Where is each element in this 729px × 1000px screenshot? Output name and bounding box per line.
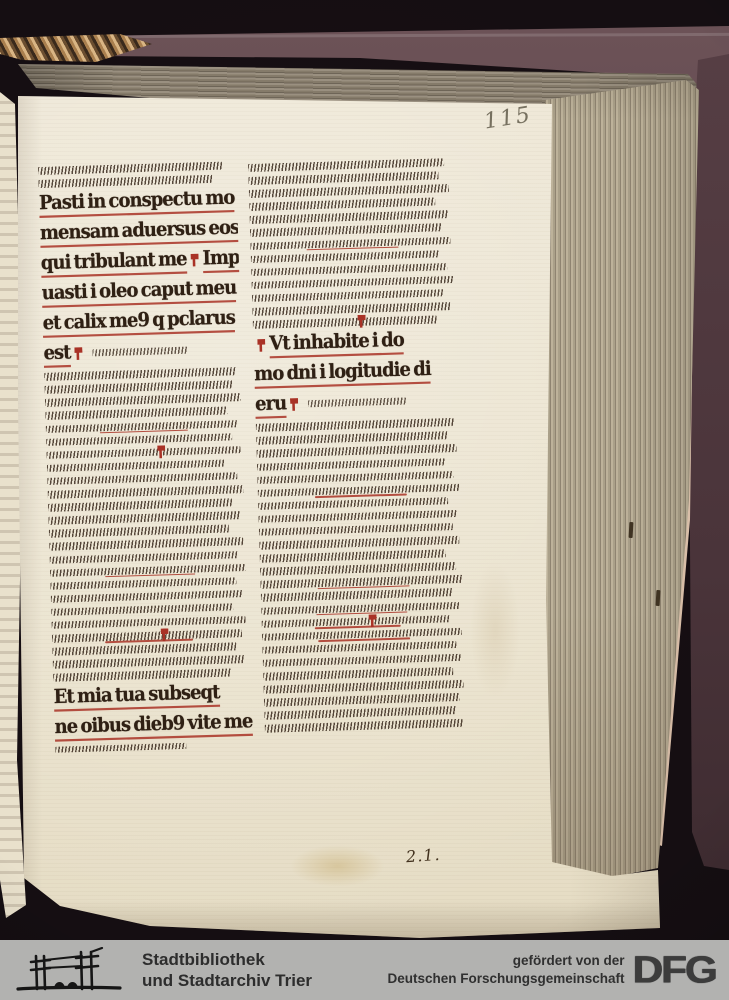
rubric-display-line: mo dni i logitudie di bbox=[254, 358, 459, 388]
script-line bbox=[250, 210, 448, 223]
script-line bbox=[251, 250, 439, 263]
script-line bbox=[263, 667, 453, 680]
script-line bbox=[48, 499, 232, 512]
script-line bbox=[258, 497, 448, 510]
script-line bbox=[51, 590, 243, 603]
script-line bbox=[51, 616, 245, 629]
rubric-underline bbox=[317, 585, 410, 589]
script-line bbox=[38, 175, 212, 188]
quire-mark: 2.1. bbox=[405, 845, 441, 866]
script-line bbox=[249, 198, 435, 211]
script-line bbox=[264, 706, 456, 719]
script-line bbox=[53, 655, 245, 668]
library-name-line1: Stadtbibliothek bbox=[142, 949, 312, 970]
script-line bbox=[50, 577, 236, 590]
rubric-display-line: Et mia tua subseqt bbox=[53, 681, 252, 711]
rubric-underline bbox=[105, 639, 192, 643]
library-name-line2: und Stadtarchiv Trier bbox=[142, 970, 312, 991]
rubric-underline bbox=[314, 493, 407, 497]
script-line bbox=[259, 536, 459, 549]
script-line bbox=[251, 263, 447, 276]
script-line bbox=[258, 510, 456, 523]
rubric-display-text: mo dni i logitudie di bbox=[254, 358, 431, 389]
script-line bbox=[257, 458, 445, 471]
script-line bbox=[264, 693, 460, 706]
script-line bbox=[250, 224, 442, 237]
rubric-display-text: mensam aduersus eos bbox=[40, 216, 240, 248]
rubric-display-line: et calix me9 q pclarus bbox=[42, 307, 241, 337]
rubric-display-line: Vt inhabite i do bbox=[253, 328, 458, 358]
rubric-paragraph-mark bbox=[290, 398, 298, 411]
script-line bbox=[49, 525, 229, 538]
script-line bbox=[50, 551, 238, 564]
script-line bbox=[261, 589, 453, 602]
text-column-right: Vt inhabite i domo dni i logitudie dieru bbox=[248, 158, 469, 748]
page-stain bbox=[290, 845, 385, 887]
dfg-logo: DFG bbox=[632, 949, 715, 992]
rubric-paragraph-mark bbox=[357, 315, 365, 328]
funding-credit: gefördert von der Deutschen Forschungsge… bbox=[388, 952, 625, 987]
digitized-manuscript-scan: 115 Pasti in conspectu momensam aduersus… bbox=[0, 0, 729, 1000]
rubric-display-text: qui tribulant me bbox=[41, 248, 187, 278]
rubric-paragraph-mark bbox=[157, 445, 165, 458]
script-line bbox=[256, 444, 456, 457]
rubric-display-line: Pasti in conspectu mo bbox=[39, 187, 238, 217]
script-line bbox=[52, 629, 242, 642]
script-line bbox=[265, 719, 463, 732]
script-line bbox=[47, 459, 225, 472]
rubric-underline bbox=[105, 574, 195, 578]
page-stain bbox=[470, 560, 520, 700]
rubric-paragraph-mark bbox=[257, 339, 265, 352]
script-line bbox=[48, 511, 240, 524]
script-line bbox=[249, 184, 449, 197]
script-line bbox=[45, 381, 233, 394]
script-line bbox=[46, 420, 238, 433]
rubric-underline bbox=[318, 638, 410, 642]
footer-banner: Stadtbibliothek und Stadtarchiv Trier ge… bbox=[0, 940, 729, 1000]
rubric-display-text: eru bbox=[255, 392, 287, 419]
fore-edge-tab-slit bbox=[656, 590, 661, 606]
script-line bbox=[45, 393, 241, 406]
rubric-display-line: ne oibus dieb9 vite me bbox=[54, 711, 253, 741]
rubric-underline bbox=[314, 625, 400, 629]
script-line bbox=[261, 601, 459, 614]
script-line bbox=[263, 654, 461, 667]
script-line bbox=[251, 276, 453, 289]
script-line bbox=[248, 171, 438, 184]
script-line bbox=[256, 432, 448, 445]
script-line bbox=[46, 433, 232, 446]
script-line bbox=[51, 603, 233, 616]
script-line bbox=[262, 628, 462, 641]
script-line bbox=[53, 669, 231, 682]
script-line bbox=[50, 564, 246, 577]
script-line bbox=[262, 615, 450, 628]
rubric-display-text: est bbox=[43, 341, 71, 368]
rubric-display-line: est bbox=[43, 337, 242, 367]
rubric-underline bbox=[317, 611, 408, 615]
script-line bbox=[263, 680, 463, 693]
script-line bbox=[44, 367, 236, 380]
script-line bbox=[52, 642, 236, 655]
script-line bbox=[257, 471, 453, 484]
funding-line1: gefördert von der bbox=[388, 952, 625, 970]
script-line bbox=[45, 407, 227, 420]
rubric-underline bbox=[307, 247, 399, 251]
script-line bbox=[48, 485, 244, 498]
script-line bbox=[260, 562, 456, 575]
script-line bbox=[250, 237, 450, 250]
script-line bbox=[49, 537, 243, 550]
script-line bbox=[259, 523, 453, 536]
script-line bbox=[258, 484, 460, 497]
script-line bbox=[260, 549, 446, 562]
script-line bbox=[256, 418, 454, 431]
rubric-display-text: Et mia tua subseqt bbox=[53, 681, 219, 712]
rubric-display-text: et calix me9 q pclarus bbox=[42, 306, 235, 338]
rubric-paragraph-mark bbox=[190, 254, 198, 267]
script-line bbox=[308, 398, 406, 408]
script-line bbox=[253, 316, 437, 329]
rubric-display-line: uasti i oleo caput meu bbox=[41, 277, 240, 307]
script-line bbox=[262, 641, 456, 654]
rubric-display-line: qui tribulant me Impig bbox=[41, 247, 240, 277]
rubric-underline bbox=[100, 430, 188, 434]
script-line bbox=[260, 575, 462, 588]
rubric-display-text: ne oibus dieb9 vite me bbox=[54, 710, 252, 742]
script-line bbox=[46, 446, 240, 459]
manuscript-photo: 115 Pasti in conspectu momensam aduersus… bbox=[0, 0, 729, 940]
text-column-left: Pasti in conspectu momensam aduersus eos… bbox=[38, 161, 253, 753]
rubric-display-text: uasti i oleo caput meu bbox=[41, 276, 236, 308]
rubric-display-line: eru bbox=[255, 388, 460, 418]
rubric-display-line: mensam aduersus eos bbox=[40, 217, 239, 247]
porta-nigra-logo-icon bbox=[16, 947, 122, 993]
library-name: Stadtbibliothek und Stadtarchiv Trier bbox=[142, 949, 312, 992]
rubric-display-text: Pasti in conspectu mo bbox=[39, 186, 235, 218]
script-line bbox=[92, 347, 187, 357]
script-line bbox=[47, 472, 237, 485]
script-line bbox=[252, 289, 444, 302]
fore-edge-tab-slit bbox=[629, 522, 634, 538]
rubric-paragraph-mark bbox=[74, 347, 82, 360]
script-line bbox=[252, 302, 450, 315]
funding-line2: Deutschen Forschungsgemeinschaft bbox=[388, 970, 625, 988]
rubric-display-text: Vt inhabite i do bbox=[269, 329, 404, 359]
